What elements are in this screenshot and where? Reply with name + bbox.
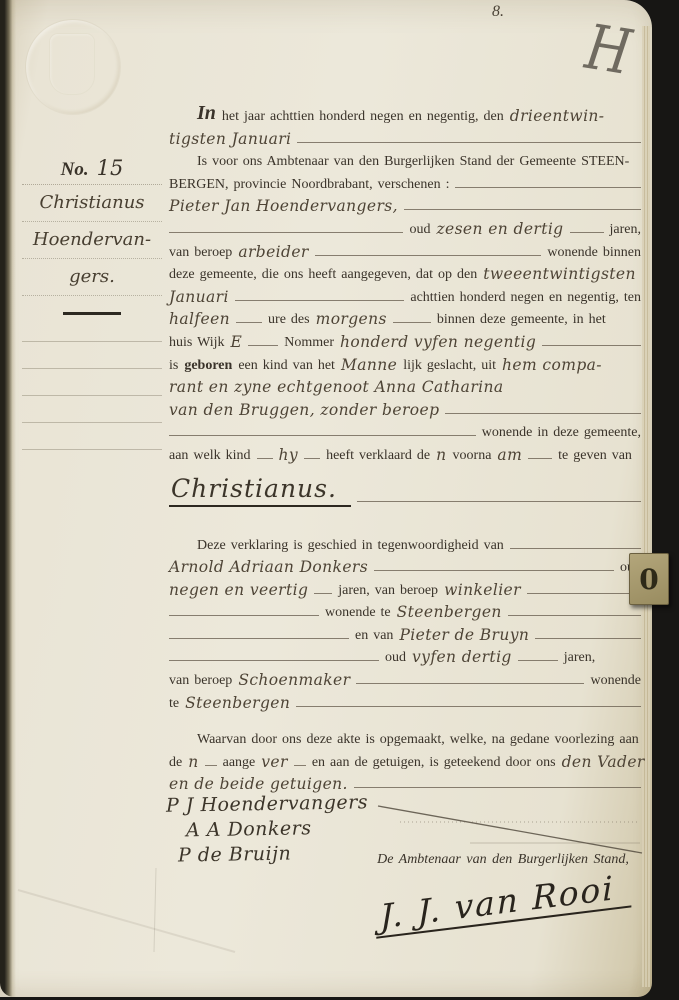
printed-text: voorna	[453, 448, 492, 464]
act-line: teSteenbergen	[166, 689, 644, 712]
printed-text: van beroep	[169, 245, 232, 261]
page-number: 8.	[492, 3, 504, 21]
printed-text: In	[197, 102, 216, 125]
handwritten-text: arbeider	[238, 243, 308, 261]
blank-rule-line	[508, 615, 641, 616]
handwritten-text: drieentwin-	[510, 107, 605, 125]
act-line: Arnold Adriaan Donkersoud	[166, 554, 644, 577]
blank-rule-line	[455, 187, 641, 188]
act-line: huis WijkENommerhonderd vyfen negentig	[166, 328, 644, 351]
act-number: No.15	[22, 156, 162, 185]
printed-text: een kind van het	[238, 358, 335, 374]
act-line: van den Bruggen, zonder beroep	[166, 396, 644, 419]
act-line: Inhet jaar achttien honderd negen en neg…	[166, 102, 644, 125]
blank-rule-line	[257, 458, 273, 459]
index-tab-label: 0	[639, 563, 658, 596]
printed-text: is	[169, 358, 178, 374]
printed-text: aan welk kind	[169, 448, 251, 464]
act-line: negen en veertigjaren, van beroepwinkeli…	[166, 576, 644, 599]
blank-rule-line	[374, 570, 614, 571]
index-tab: 0	[629, 553, 669, 605]
witness-signature: A A Donkers	[166, 815, 368, 844]
act-line: Is voor ons Ambtenaar van den Burgerlijk…	[166, 148, 644, 171]
handwritten-text: n	[436, 446, 446, 464]
margin-dash	[63, 312, 121, 315]
act-line: rant en zyne echtgenoot Anna Catharina	[166, 374, 644, 397]
act-line: aan welk kindhyheeft verklaard denvoorna…	[166, 441, 644, 464]
handwritten-text: Steenbergen	[397, 603, 502, 621]
act-line: Christianus.	[166, 474, 644, 507]
margin-rule	[22, 368, 162, 369]
register-page: 8. H No.15 ChristianusHoendervan-gers. I…	[0, 0, 652, 997]
act-line: halfeenure desmorgensbinnen deze gemeent…	[166, 306, 644, 329]
scanned-register-photo: { "document": { "page_number": "8.", "co…	[0, 0, 679, 1000]
blank-rule-line	[169, 232, 403, 233]
printed-text: BERGEN, provincie Noordbrabant, verschen…	[169, 177, 449, 193]
blank-rule-line	[169, 638, 349, 639]
blank-rule-line	[304, 458, 320, 459]
act-body: Inhet jaar achttien honderd negen en neg…	[166, 102, 644, 793]
handwritten-text: Pieter de Bruyn	[399, 626, 529, 644]
printed-text: van beroep	[169, 673, 232, 689]
handwritten-text: E	[231, 333, 243, 351]
act-line: oudzesen en dertigjaren,	[166, 215, 644, 238]
handwritten-text: n	[188, 753, 198, 771]
blank-rule-line	[205, 765, 217, 766]
blank-rule-line	[169, 660, 379, 661]
printed-text: wonende	[590, 673, 641, 689]
printed-text: heeft verklaard de	[326, 448, 430, 464]
blank-rule-line	[570, 232, 604, 233]
printed-text: en van	[355, 628, 393, 644]
witness-signature: P de Bruijn	[166, 840, 368, 869]
handwritten-text: van den Bruggen, zonder beroep	[169, 401, 439, 419]
act-number-value: 15	[89, 156, 124, 180]
margin-name-line: Hoendervan-	[22, 222, 162, 259]
embossed-seal-shield	[50, 34, 94, 94]
blank-rule-line	[314, 593, 332, 594]
handwritten-text: hy	[279, 446, 299, 464]
act-line: en de beide getuigen.	[166, 771, 644, 794]
margin-rule	[22, 395, 162, 396]
printed-text: jaren,	[610, 222, 641, 238]
margin-column: No.15 ChristianusHoendervan-gers.	[22, 156, 162, 450]
printed-text: Waarvan door ons deze akte is opgemaakt,…	[197, 732, 639, 748]
blank-rule-line	[294, 765, 306, 766]
handwritten-text: morgens	[316, 310, 387, 328]
margin-rule	[22, 422, 162, 423]
margin-name-line: gers.	[22, 259, 162, 296]
witness-signatures: P J HoendervangersA A DonkersP de Bruijn	[166, 792, 368, 867]
act-line: Pieter Jan Hoendervangers,	[166, 193, 644, 216]
printed-text: wonende te	[325, 605, 391, 621]
handwritten-text: rant en zyne echtgenoot Anna Catharina	[169, 378, 504, 396]
blank-rule-line	[357, 501, 641, 502]
officer-block: De Ambtenaar van den Burgerlijken Stand,…	[360, 852, 646, 923]
act-line: BERGEN, provincie Noordbrabant, verschen…	[166, 170, 644, 193]
handwritten-text: am	[497, 446, 522, 464]
printed-text: Deze verklaring is geschied in tegenwoor…	[197, 538, 504, 554]
blank-rule-line	[169, 435, 476, 436]
handwritten-text: vyfen dertig	[412, 648, 512, 666]
handwritten-text: Schoenmaker	[238, 671, 350, 689]
printed-text: oud	[409, 222, 430, 238]
margin-rule	[22, 449, 162, 450]
printed-text: wonende binnen	[547, 245, 641, 261]
handwritten-corner-mark: H	[581, 10, 649, 91]
act-line: isgeboreneen kind van hetMannelijk gesla…	[166, 351, 644, 374]
printed-text: jaren,	[564, 650, 595, 666]
embossed-seal	[26, 20, 120, 114]
blank-rule-line	[404, 209, 641, 210]
act-line: oudvyfen dertigjaren,	[166, 644, 644, 667]
blank-rule-line	[248, 345, 278, 346]
act-line: van beroepSchoenmakerwonende	[166, 666, 644, 689]
officer-title: De Ambtenaar van den Burgerlijken Stand,	[360, 852, 646, 868]
printed-text: wonende in deze gemeente,	[482, 425, 641, 441]
blank-rule-line	[235, 300, 405, 301]
act-line: denaangeveren aan de getuigen, is geteek…	[166, 748, 644, 771]
printed-text: Is voor ons Ambtenaar van den Burgerlijk…	[197, 154, 629, 170]
margin-name-line: Christianus	[22, 185, 162, 222]
printed-text: geboren	[184, 358, 232, 374]
blank-rule-line	[296, 706, 641, 707]
handwritten-text: honderd vyfen negentig	[340, 333, 536, 351]
printed-text: binnen deze gemeente, in het	[437, 312, 606, 328]
witness-signature: P J Hoendervangers	[166, 790, 368, 819]
blank-rule-line	[542, 345, 641, 346]
act-line: Deze verklaring is geschied in tegenwoor…	[166, 531, 644, 554]
act-line: tigsten Januari	[166, 125, 644, 148]
blank-rule-line	[527, 593, 641, 594]
printed-text: jaren, van beroep	[338, 583, 438, 599]
blank-rule-line	[510, 548, 641, 549]
blank-rule-line	[236, 322, 262, 323]
printed-text: het jaar achttien honderd negen en negen…	[222, 109, 504, 125]
blank-rule-line	[535, 638, 641, 639]
act-number-label: No.	[61, 159, 89, 180]
handwritten-text: tweeentwintigsten	[483, 265, 636, 283]
printed-text: Nommer	[284, 335, 334, 351]
handwritten-text: Arnold Adriaan Donkers	[169, 558, 368, 576]
printed-text: deze gemeente, die ons heeft aangegeven,…	[169, 267, 477, 283]
handwritten-text: Pieter Jan Hoendervangers,	[169, 197, 398, 215]
act-line: wonende in deze gemeente,	[166, 419, 644, 442]
act-line: Waarvan door ons deze akte is opgemaakt,…	[166, 726, 644, 749]
printed-text: te	[169, 696, 179, 712]
blank-rule-line	[393, 322, 431, 323]
blank-rule-line	[528, 458, 552, 459]
blank-rule-line	[445, 413, 641, 414]
act-line: wonende teSteenbergen	[166, 599, 644, 622]
printed-text: achttien honderd negen en negentig, ten	[410, 290, 641, 306]
blank-rule-line	[315, 255, 542, 256]
handwritten-text: zesen en dertig	[436, 220, 563, 238]
act-line: deze gemeente, die ons heeft aangegeven,…	[166, 261, 644, 284]
blank-rule-line	[518, 660, 558, 661]
margin-child-name: ChristianusHoendervan-gers.	[22, 185, 162, 296]
handwritten-text: Steenbergen	[185, 694, 290, 712]
blank-rule-line	[297, 142, 641, 143]
book-binding-edge	[0, 0, 16, 997]
handwritten-text: tigsten Januari	[169, 130, 291, 148]
handwritten-text: Christianus.	[169, 474, 351, 507]
printed-text: oud	[385, 650, 406, 666]
printed-text: huis Wijk	[169, 335, 225, 351]
printed-text: lijk geslacht, uit	[403, 358, 496, 374]
handwritten-text: ver	[261, 753, 288, 771]
blank-rule-line	[354, 787, 641, 788]
handwritten-text: negen en veertig	[169, 581, 308, 599]
handwritten-text: den Vader	[562, 753, 645, 771]
handwritten-text: halfeen	[169, 310, 230, 328]
printed-text: te geven van	[558, 448, 632, 464]
printed-text: ure des	[268, 312, 310, 328]
printed-text: en aan de getuigen, is geteekend door on…	[312, 755, 556, 771]
printed-text: de	[169, 755, 182, 771]
act-line: en vanPieter de Bruyn	[166, 621, 644, 644]
act-line: van beroeparbeiderwonende binnen	[166, 238, 644, 261]
blank-rule-line	[169, 615, 319, 616]
act-line: Januariachttien honderd negen en negenti…	[166, 283, 644, 306]
handwritten-text: winkelier	[444, 581, 521, 599]
handwritten-text: Januari	[169, 288, 229, 306]
handwritten-text: hem compa-	[502, 356, 602, 374]
printed-text: aange	[223, 755, 256, 771]
handwritten-text: Manne	[341, 356, 397, 374]
officer-signature: J. J. van Rooi	[375, 866, 630, 938]
blank-rule-line	[356, 683, 584, 684]
margin-rule	[22, 341, 162, 342]
